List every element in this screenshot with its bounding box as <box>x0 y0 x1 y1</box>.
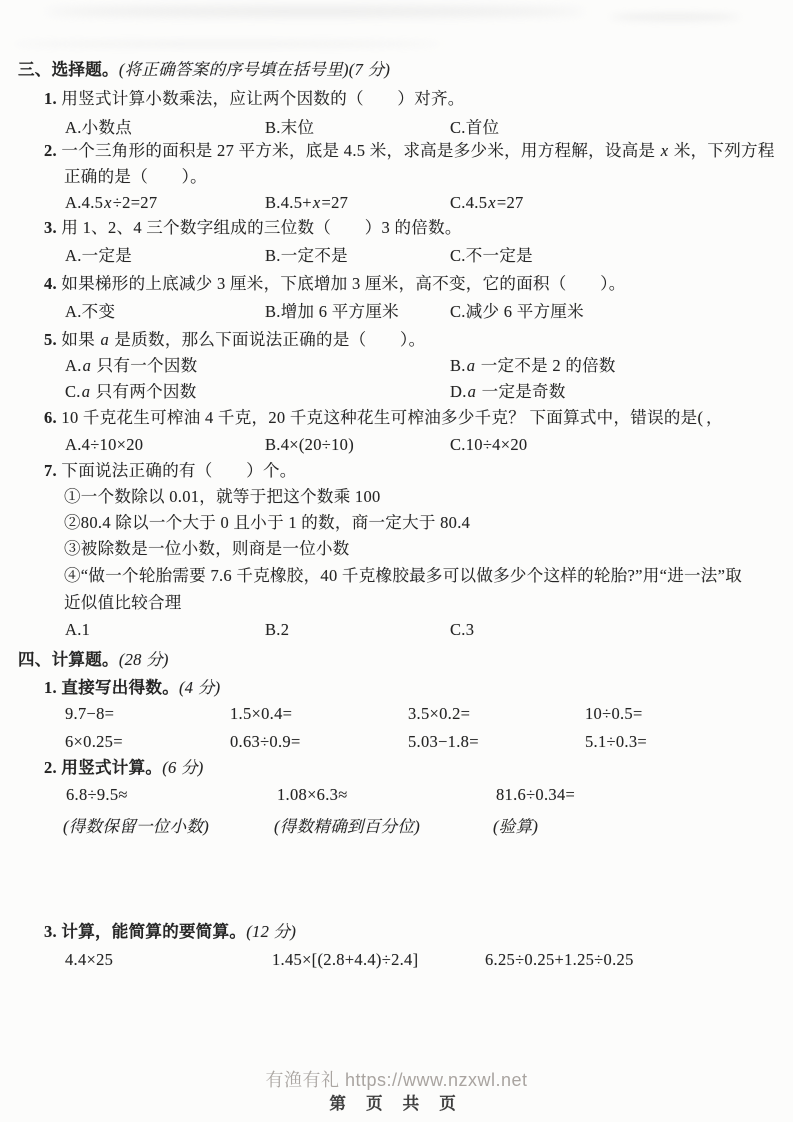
text-run: 6×0.25= <box>65 732 123 751</box>
q7-item-1: ①一个数除以 0.01，就等于把这个数乘 100 <box>64 484 381 510</box>
q6-option-b: B.4×(20÷10) <box>265 432 354 458</box>
q3-option-a: A.一定是 <box>65 243 132 269</box>
calc2-expr-2: 1.08×6.3≈ <box>277 782 348 808</box>
text-run: (验算) <box>493 817 538 836</box>
q7-option-a: A.1 <box>65 617 90 643</box>
text-run: a <box>82 356 93 375</box>
text-run: C.减少 6 平方厘米 <box>450 302 584 321</box>
calc1-heading: 1. 直接写出得数。(4 分) <box>44 675 220 701</box>
text-run: 2. <box>44 141 57 160</box>
q4-option-a: A.不变 <box>65 299 115 325</box>
text-run: C.10÷4×20 <box>450 435 527 454</box>
watermark-text: 有渔有礼 https://www.nzxwl.net <box>0 1066 793 1092</box>
text-run: (得数保留一位小数) <box>63 817 209 836</box>
text-run: 0.63÷0.9= <box>230 732 301 751</box>
section4-heading: 四、计算题。(28 分) <box>18 647 169 673</box>
text-run: C.4.5 <box>450 193 487 212</box>
text-run: 1.45×[(2.8+4.4)÷2.4] <box>272 950 418 969</box>
calc3-heading: 3. 计算，能简算的要简算。(12 分) <box>44 919 296 945</box>
text-run: 10 千克花生可榨油 4 千克，20 千克这种花生可榨油多少千克？ 下面算式中，… <box>57 408 703 427</box>
calc3-expr-2: 1.45×[(2.8+4.4)÷2.4] <box>272 947 418 973</box>
text-run: ②80.4 除以一个大于 0 且小于 1 的数，商一定大于 80.4 <box>64 513 470 532</box>
text-run: (4 分) <box>179 678 220 697</box>
text-run: ， <box>706 408 723 427</box>
text-run: (12 分) <box>246 922 296 941</box>
text-run: 6. <box>44 408 57 427</box>
text-run: a <box>99 330 110 349</box>
calc1-expr-7: 5.03−1.8= <box>408 729 479 755</box>
calc2-hint-3: (验算) <box>493 814 538 840</box>
calc2-hint-2: (得数精确到百分位) <box>274 814 420 840</box>
calc1-expr-6: 0.63÷0.9= <box>230 729 301 755</box>
text-run: (28 分) <box>119 650 169 669</box>
text-run: a <box>467 382 478 401</box>
q2-option-b: B.4.5+x=27 <box>265 190 348 216</box>
text-run: B.4.5+ <box>265 193 312 212</box>
q7-item-4-line2: 近似值比较合理 <box>64 590 182 616</box>
text-run: (得数精确到百分位) <box>274 817 420 836</box>
text-run: 10÷0.5= <box>585 704 643 723</box>
text-run: x <box>312 193 322 212</box>
calc2-expr-3: 81.6÷0.34= <box>496 782 575 808</box>
text-run: ①一个数除以 0.01，就等于把这个数乘 100 <box>64 487 381 506</box>
calc1-expr-5: 6×0.25= <box>65 729 123 755</box>
section3-heading: 三、选择题。(将正确答案的序号填在括号里)(7 分) <box>18 57 390 83</box>
calc3-expr-3: 6.25÷0.25+1.25÷0.25 <box>485 947 634 973</box>
q6-text: 6. 10 千克花生可榨油 4 千克，20 千克这种花生可榨油多少千克？ 下面算… <box>44 405 703 431</box>
text-run: x <box>103 193 113 212</box>
text-run: 9.7−8= <box>65 704 114 723</box>
q2-text-line1: 2. 一个三角形的面积是 27 平方米，底是 4.5 米，求高是多少米，用方程解… <box>44 138 775 164</box>
text-run: x <box>660 141 670 160</box>
text-run: A.小数点 <box>65 118 132 137</box>
scan-smudge <box>45 7 585 16</box>
text-run: A.4÷10×20 <box>65 435 143 454</box>
text-run: a <box>466 356 477 375</box>
text-run: 计算，能简算的要简算。 <box>57 922 246 941</box>
q6-option-c: C.10÷4×20 <box>450 432 527 458</box>
q2-option-c: C.4.5x=27 <box>450 190 524 216</box>
text-run: 一定是奇数 <box>477 382 565 401</box>
q3-option-c: C.不一定是 <box>450 243 533 269</box>
text-run: 只有一个因数 <box>92 356 197 375</box>
text-run: 三、选择题。 <box>18 60 119 79</box>
text-run: 直接写出得数。 <box>57 678 179 697</box>
q7-option-b: B.2 <box>265 617 289 643</box>
text-run: C. <box>65 382 81 401</box>
text-run: 4. <box>44 274 57 293</box>
text-run: ④“做一个轮胎需要 7.6 千克橡胶，40 千克橡胶最多可以做多少个这样的轮胎?… <box>64 566 742 585</box>
q4-text: 4. 如果梯形的上底减少 3 厘米，下底增加 3 厘米，高不变，它的面积（ ）。 <box>44 271 626 297</box>
q7-text: 7. 下面说法正确的有（ ）个。 <box>44 458 297 484</box>
text-run: B.4×(20÷10) <box>265 435 354 454</box>
q4-option-b: B.增加 6 平方厘米 <box>265 299 399 325</box>
text-run: A.1 <box>65 620 90 639</box>
q7-option-c: C.3 <box>450 617 474 643</box>
calc2-hint-1: (得数保留一位小数) <box>63 814 209 840</box>
text-run: 如果梯形的上底减少 3 厘米，下底增加 3 厘米，高不变，它的面积（ ）。 <box>57 274 626 293</box>
text-run: 3.5×0.2= <box>408 704 470 723</box>
text-run: B.一定不是 <box>265 246 348 265</box>
text-run: =27 <box>497 193 524 212</box>
text-run: 3. <box>44 922 57 941</box>
q5-option-d: D.a 一定是奇数 <box>450 379 566 405</box>
text-run: 正确的是（ ）。 <box>64 167 207 186</box>
text-run: B.末位 <box>265 118 314 137</box>
text-run: C.首位 <box>450 118 499 137</box>
exam-page: 三、选择题。(将正确答案的序号填在括号里)(7 分)1. 用竖式计算小数乘法，应… <box>0 0 793 1122</box>
page-number-footer: 第 页 共 页 <box>0 1090 793 1114</box>
text-run: 四、计算题。 <box>18 650 119 669</box>
q1-text: 1. 用竖式计算小数乘法，应让两个因数的（ ）对齐。 <box>44 86 465 112</box>
text-run: 米，下列方程 <box>669 141 774 160</box>
text-run: 2. <box>44 758 57 777</box>
text-run: 一个三角形的面积是 27 平方米，底是 4.5 米，求高是多少米，用方程解，设高… <box>57 141 660 160</box>
text-run: 6.25÷0.25+1.25÷0.25 <box>485 950 634 969</box>
text-run: x <box>487 193 497 212</box>
text-run: ③被除数是一位小数，则商是一位小数 <box>64 539 350 558</box>
text-run: 5.1÷0.3= <box>585 732 647 751</box>
calc1-expr-2: 1.5×0.4= <box>230 701 292 727</box>
text-run: B.2 <box>265 620 289 639</box>
text-run: A. <box>65 356 82 375</box>
text-run: 1. <box>44 678 57 697</box>
q2-option-a: A.4.5x÷2=27 <box>65 190 157 216</box>
calc1-expr-1: 9.7−8= <box>65 701 114 727</box>
text-run: 5.03−1.8= <box>408 732 479 751</box>
text-run: 3. <box>44 218 57 237</box>
calc3-expr-1: 4.4×25 <box>65 947 113 973</box>
text-run: =27 <box>322 193 349 212</box>
text-run: 4.4×25 <box>65 950 113 969</box>
q7-item-4-line1: ④“做一个轮胎需要 7.6 千克橡胶，40 千克橡胶最多可以做多少个这样的轮胎?… <box>64 563 742 589</box>
text-run: 7. <box>44 461 57 480</box>
text-run: 1.08×6.3≈ <box>277 785 348 804</box>
text-run: C.不一定是 <box>450 246 533 265</box>
text-run: B. <box>450 356 466 375</box>
text-run: A.一定是 <box>65 246 132 265</box>
text-run: 一定不是 2 的倍数 <box>476 356 615 375</box>
q5-text: 5. 如果 a 是质数，那么下面说法正确的是（ ）。 <box>44 327 425 353</box>
scan-smudge <box>12 41 442 47</box>
text-run: A.4.5 <box>65 193 103 212</box>
scan-smudge <box>610 14 740 20</box>
text-run: (6 分) <box>162 758 203 777</box>
text-run: 是质数，那么下面说法正确的是（ ）。 <box>110 330 425 349</box>
q5-option-a: A.a 只有一个因数 <box>65 353 197 379</box>
q2-text-line2: 正确的是（ ）。 <box>64 164 207 190</box>
text-run: 近似值比较合理 <box>64 593 182 612</box>
text-run: C.3 <box>450 620 474 639</box>
text-run: B.增加 6 平方厘米 <box>265 302 399 321</box>
q3-option-b: B.一定不是 <box>265 243 348 269</box>
text-run: 6.8÷9.5≈ <box>66 785 128 804</box>
text-run: 81.6÷0.34= <box>496 785 575 804</box>
q3-text: 3. 用 1、2、4 三个数字组成的三位数（ ）3 的倍数。 <box>44 215 462 241</box>
text-run: ÷2=27 <box>113 193 158 212</box>
text-run: (将正确答案的序号填在括号里)(7 分) <box>119 60 390 79</box>
q6-option-a: A.4÷10×20 <box>65 432 143 458</box>
text-run: 只有两个因数 <box>91 382 196 401</box>
q7-item-2: ②80.4 除以一个大于 0 且小于 1 的数，商一定大于 80.4 <box>64 510 470 536</box>
text-run: 用 1、2、4 三个数字组成的三位数（ ）3 的倍数。 <box>57 218 462 237</box>
text-run: a <box>81 382 92 401</box>
calc1-expr-8: 5.1÷0.3= <box>585 729 647 755</box>
calc2-heading: 2. 用竖式计算。(6 分) <box>44 755 204 781</box>
calc2-expr-1: 6.8÷9.5≈ <box>66 782 128 808</box>
calc1-expr-3: 3.5×0.2= <box>408 701 470 727</box>
text-run: 5. <box>44 330 57 349</box>
calc1-expr-4: 10÷0.5= <box>585 701 643 727</box>
text-run: 1.5×0.4= <box>230 704 292 723</box>
text-run: 如果 <box>57 330 99 349</box>
text-run: 用竖式计算小数乘法，应让两个因数的（ ）对齐。 <box>57 89 465 108</box>
text-run: D. <box>450 382 467 401</box>
text-run: 下面说法正确的有（ ）个。 <box>57 461 297 480</box>
q4-option-c: C.减少 6 平方厘米 <box>450 299 584 325</box>
q5-option-b: B.a 一定不是 2 的倍数 <box>450 353 616 379</box>
text-run: 用竖式计算。 <box>57 758 162 777</box>
q7-item-3: ③被除数是一位小数，则商是一位小数 <box>64 536 350 562</box>
q5-option-c: C.a 只有两个因数 <box>65 379 197 405</box>
text-run: A.不变 <box>65 302 115 321</box>
text-run: 1. <box>44 89 57 108</box>
q6-trailing-mark: ， <box>706 405 723 431</box>
